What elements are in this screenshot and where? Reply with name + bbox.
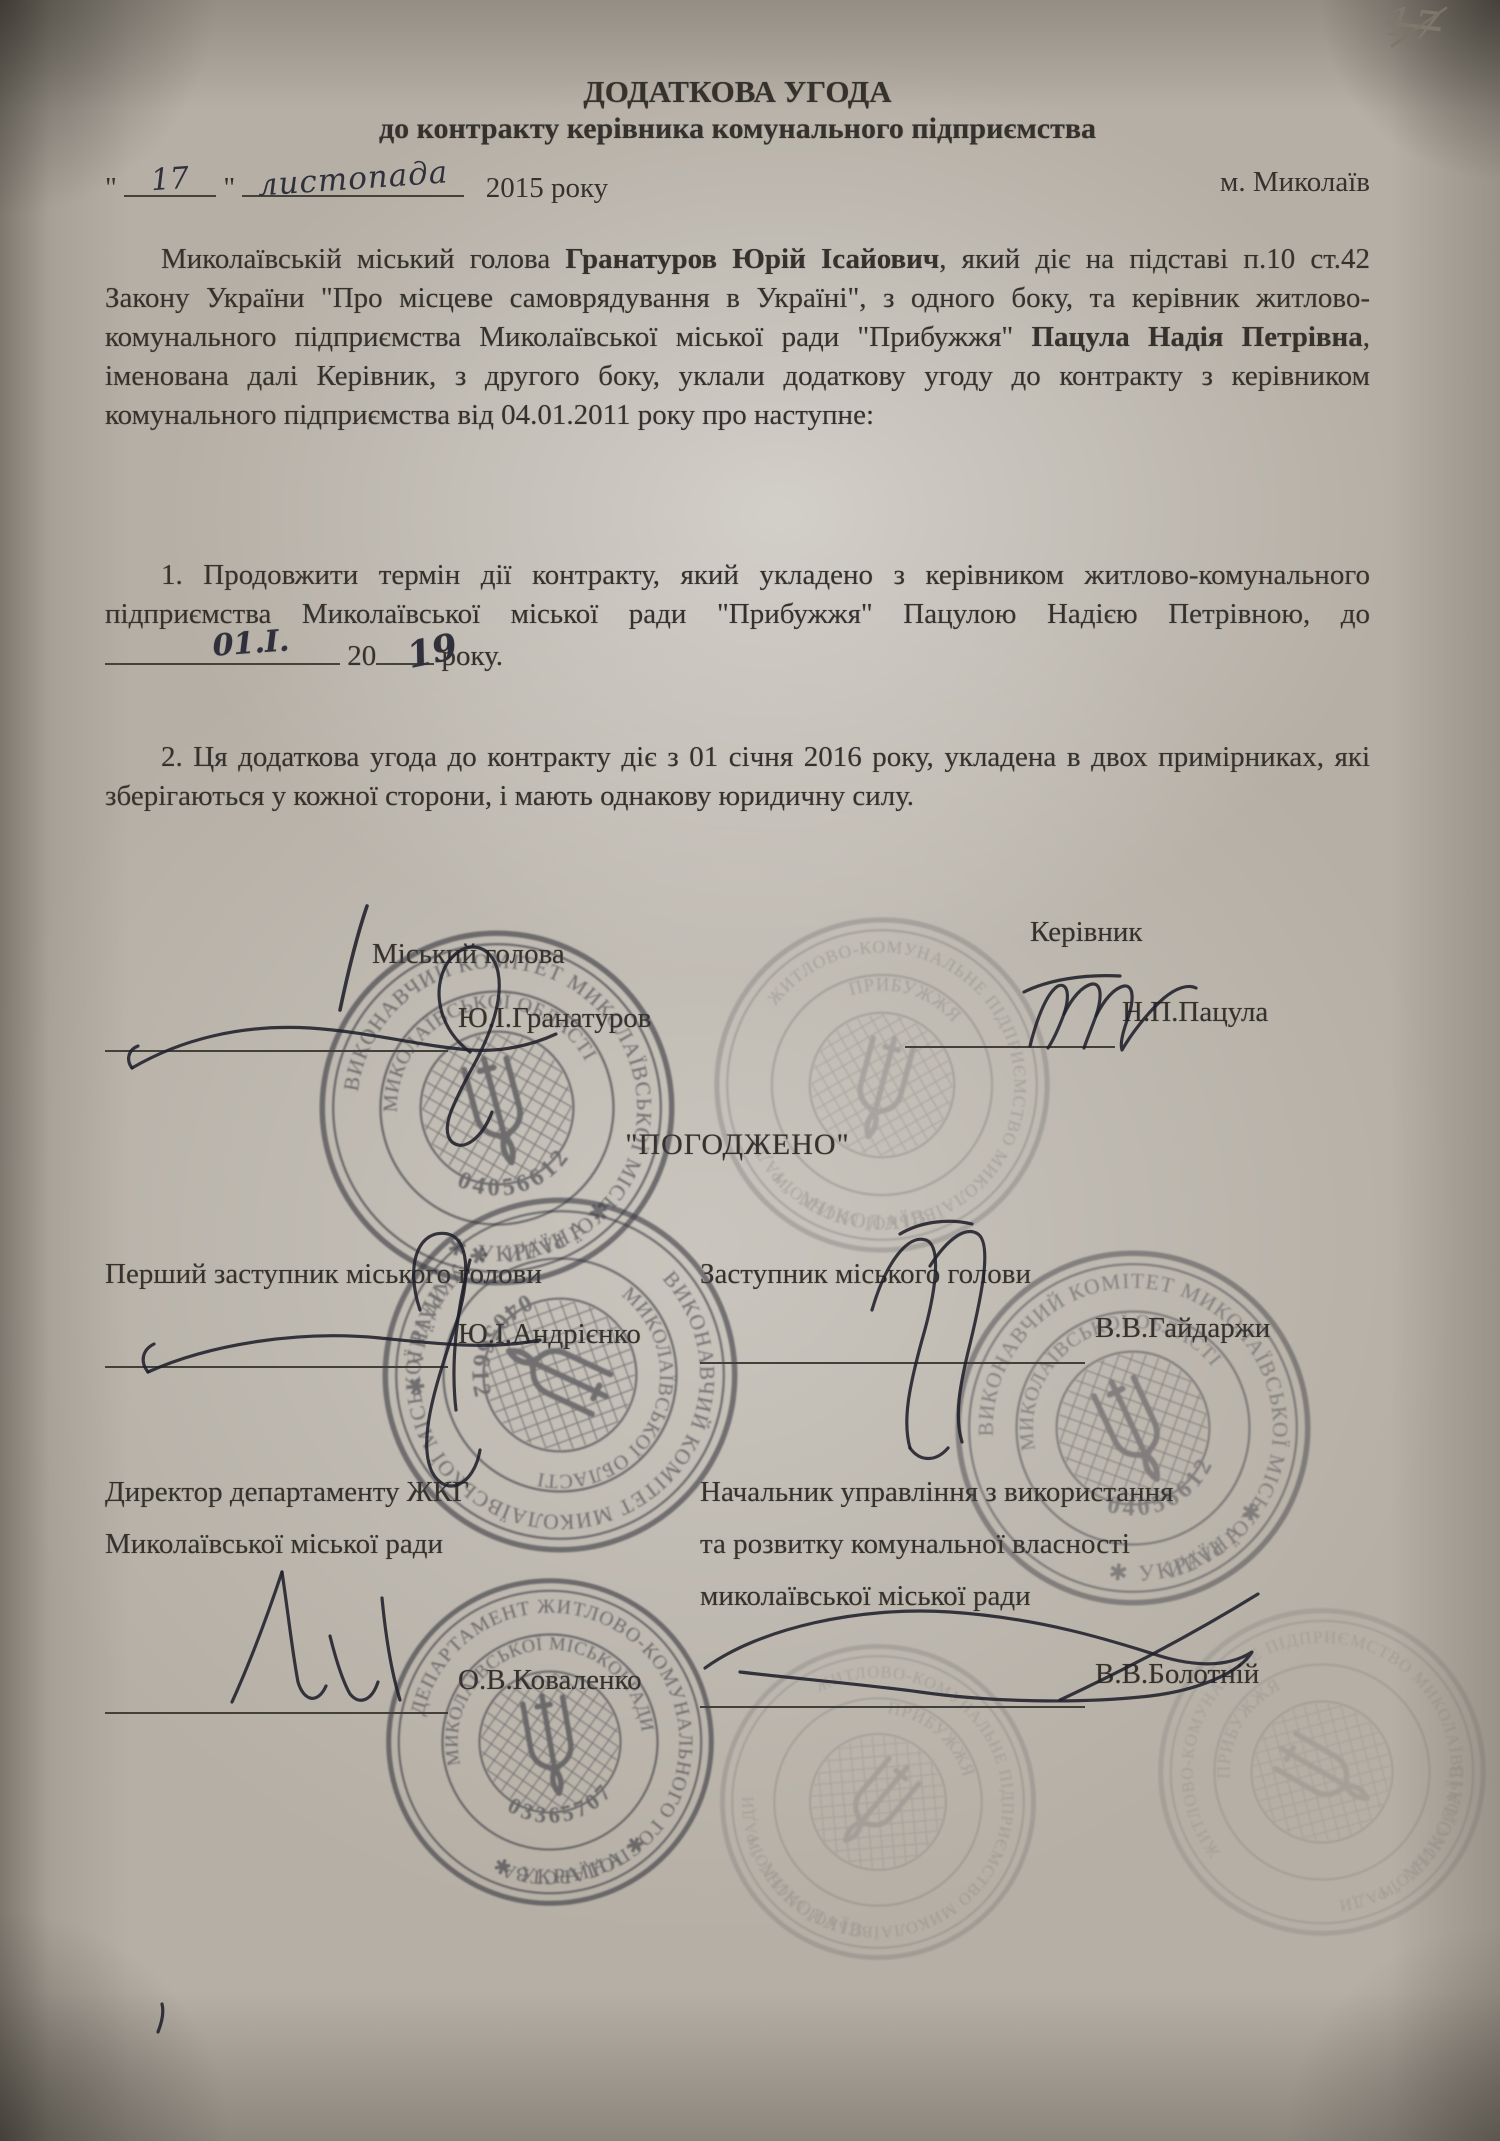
stray-ink-mark [158, 2004, 163, 2032]
date-line: " 17 " листопада 2015 року м. Миколаїв [105, 166, 1370, 212]
handwritten-entry: 19 [349, 627, 461, 687]
handwritten-entry: 01.І. [155, 621, 290, 669]
svg-text:м. МИКОЛАЇВ: м. МИКОЛАЇВ [726, 1826, 875, 1961]
clause-1: 1. Продовжити термін дії контракту, який… [105, 556, 1370, 676]
corner-page-number: 17 [1383, 0, 1443, 51]
stamp-department-jkg: ДЕПАРТАМЕНТ ЖИТЛОВО-КОМУНАЛЬНОГО ГОСПОДА… [382, 1574, 718, 1910]
signature-name-patsula: Н.П.Пацула [1122, 996, 1268, 1029]
doc-subtitle: до контракту керівника комунального підп… [105, 112, 1370, 146]
stamp-enterprise: ЖИТЛОВО-КОМУНАЛЬНЕ ПІДПРИЄМСТВО МИКОЛАЇВ… [716, 1640, 1040, 1964]
handwritten-month: листопада [257, 154, 450, 203]
stamp-enterprise: ЖИТЛОВО-КОМУНАЛЬНЕ ПІДПРИЄМСТВО МИКОЛАЇВ… [710, 913, 1054, 1257]
handwritten-day: 17 [150, 161, 191, 199]
day-blank: 17 [124, 166, 216, 197]
trident-icon [463, 1053, 533, 1168]
trident-icon [848, 1033, 914, 1142]
signature-stroke-kovalenko [232, 1572, 400, 1702]
quote-open: " [105, 172, 117, 204]
clause-2: 2. Ця додаткова угода до контракту діє з… [105, 738, 1370, 816]
intro-paragraph: Миколаївській міський голова Гранатуров … [105, 240, 1370, 435]
fill-in-blank: 01.І. [105, 634, 340, 665]
fill-in-blank: 19 [376, 634, 434, 665]
scanned-document-page: 17 ДОДАТКОВА УГОДА до контракту керівник… [0, 0, 1500, 2141]
doc-title: ДОДАТКОВА УГОДА [105, 74, 1370, 110]
month-blank: листопада [242, 166, 464, 197]
stamp-enterprise: ЖИТЛОВО-КОМУНАЛЬНЕ ПІДПРИЄМСТВО МИКОЛАЇВ… [1154, 1604, 1490, 1940]
stamp-exec-committee: ВИКОНАВЧИЙ КОМІТЕТ МИКОЛАЇВСЬКОЇ МІСЬКОЇ… [378, 1193, 742, 1557]
quote-close: " [223, 172, 235, 204]
year-printed: 2015 року [486, 172, 608, 204]
stamp-exec-committee: ВИКОНАВЧИЙ КОМІТЕТ МИКОЛАЇВСЬКОЇ МІСЬКОЇ… [951, 1246, 1315, 1610]
city-label: м. Миколаїв [1220, 166, 1370, 199]
